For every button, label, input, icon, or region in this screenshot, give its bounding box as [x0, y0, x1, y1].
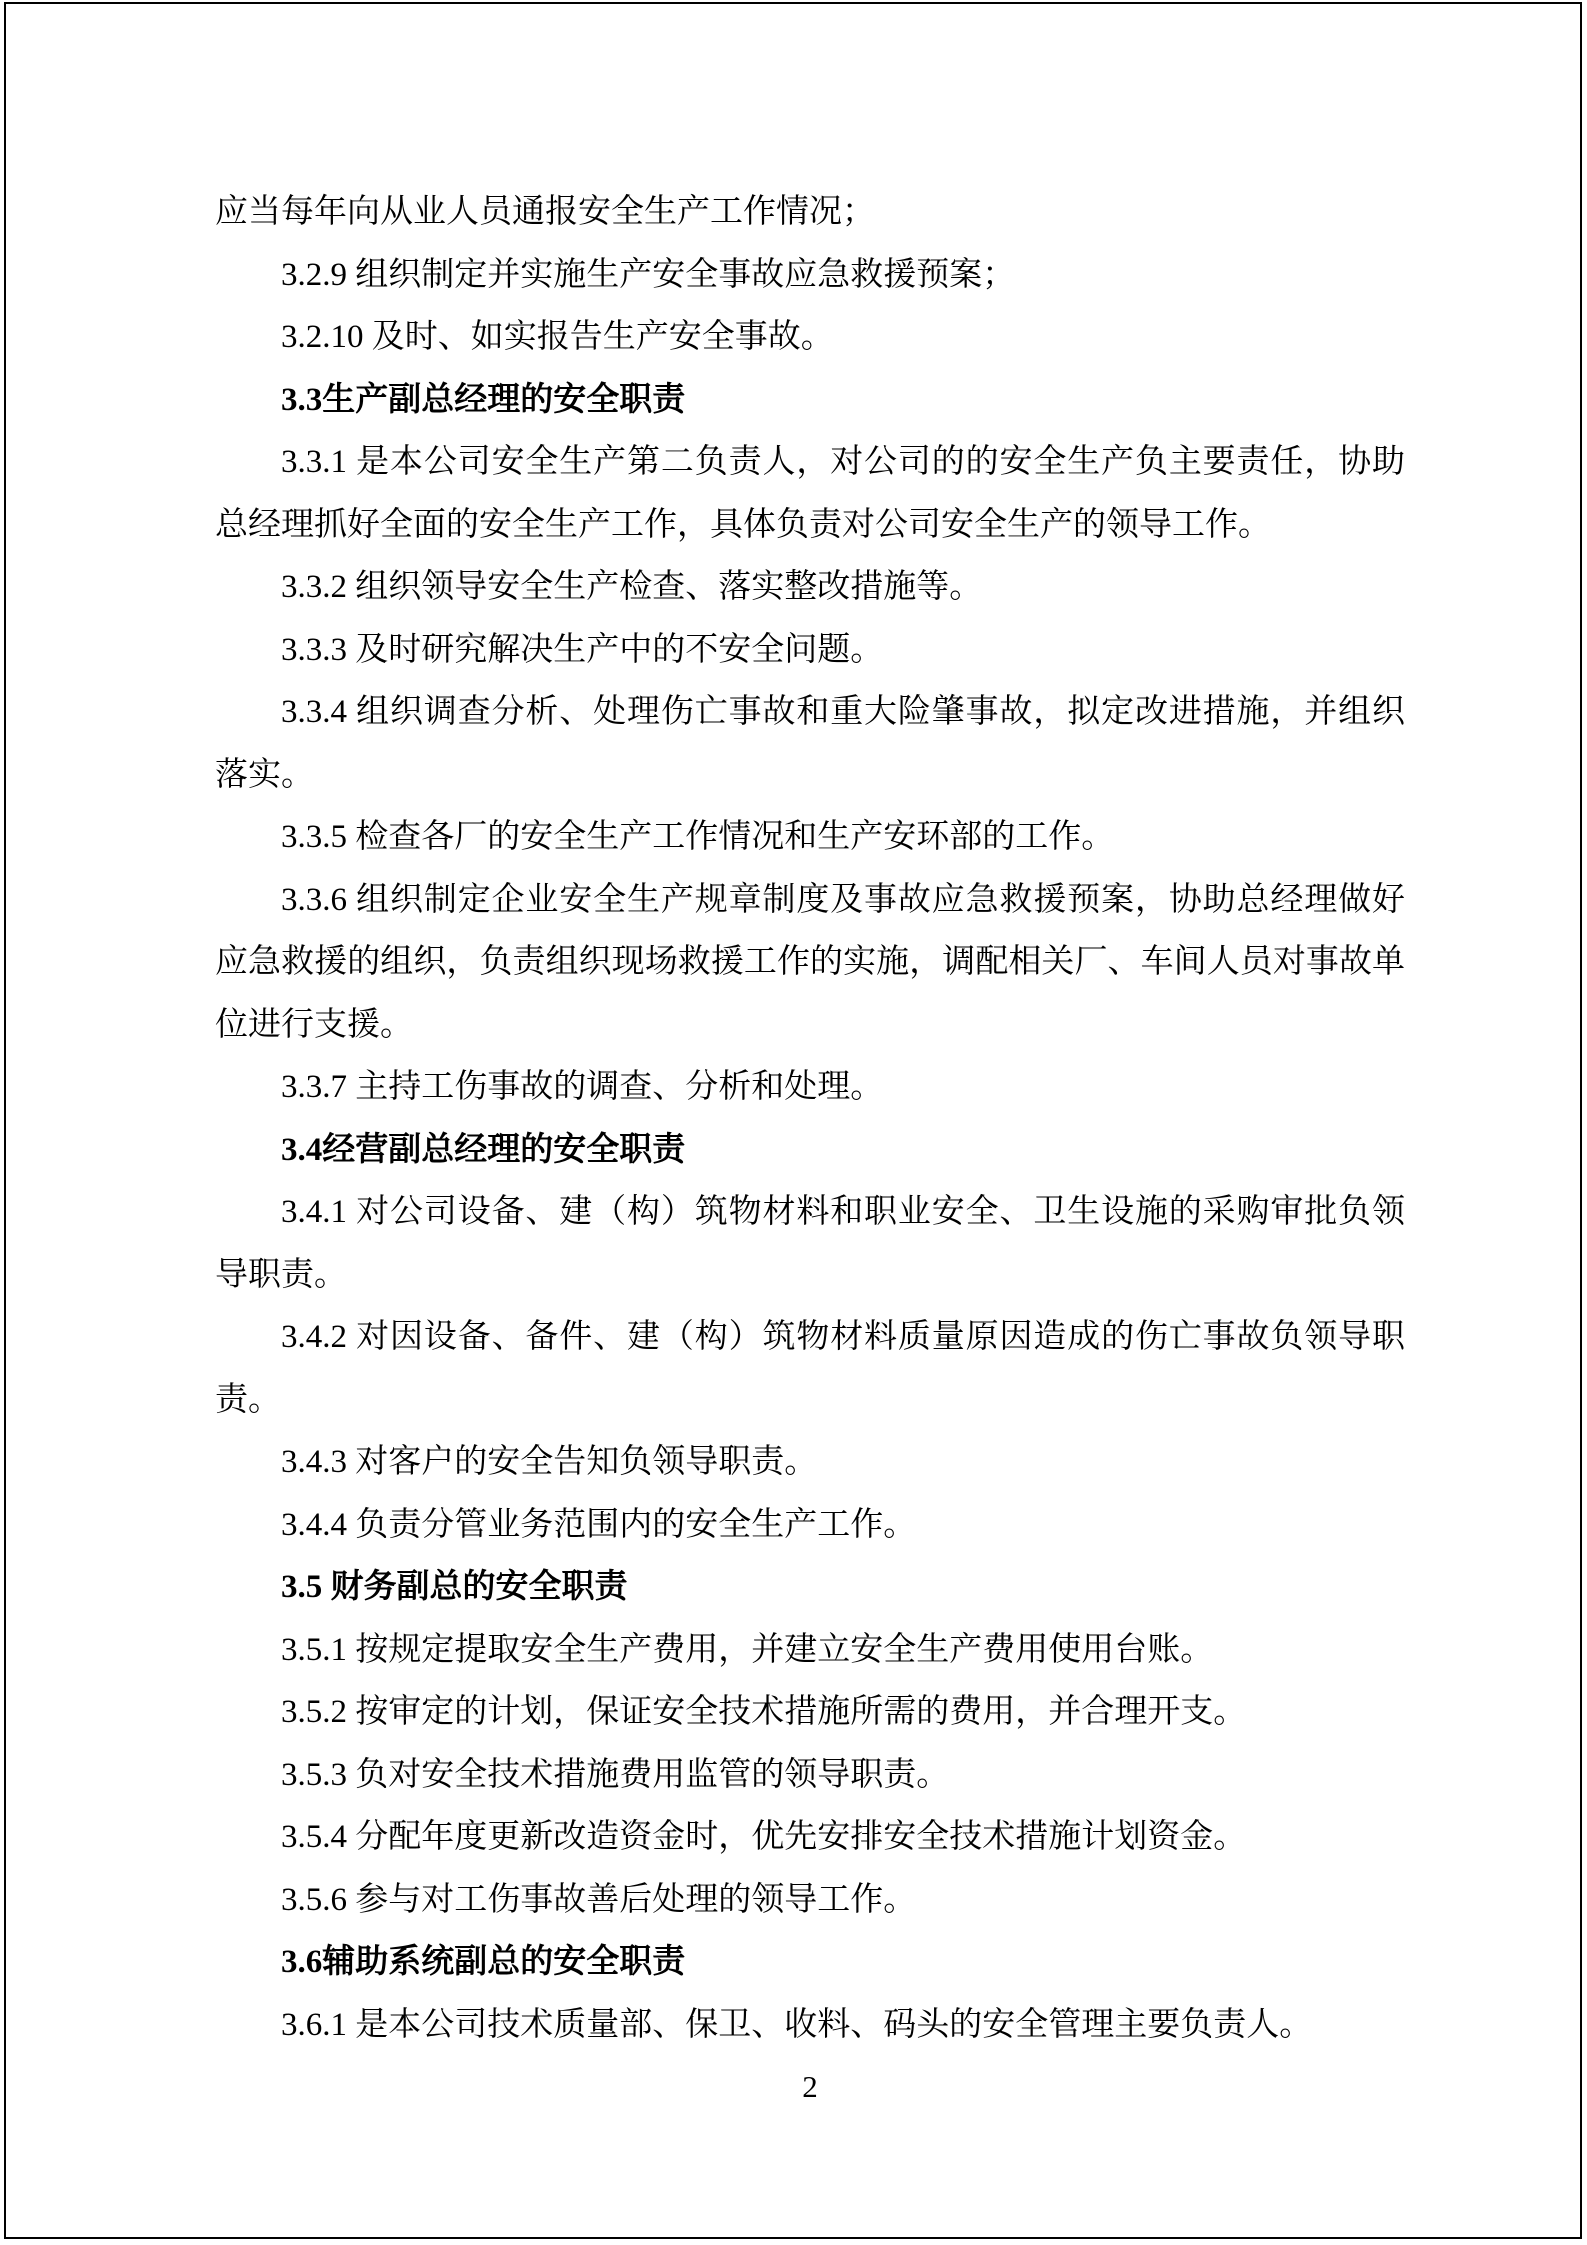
text-line: 3.3.7 主持工伤事故的调查、分析和处理。 — [215, 1056, 1405, 1119]
page-number: 2 — [215, 2056, 1405, 2119]
text-line: 3.2.9 组织制定并实施生产安全事故应急救援预案； — [215, 244, 1405, 307]
text-line: 3.3.3 及时研究解决生产中的不安全问题。 — [215, 619, 1405, 682]
heading-line: 3.6辅助系统副总的安全职责 — [215, 1931, 1405, 1994]
text-line: 3.4.3 对客户的安全告知负领导职责。 — [215, 1431, 1405, 1494]
text-line: 位进行支援。 — [215, 994, 1405, 1057]
text-line: 3.5.2 按审定的计划，保证安全技术措施所需的费用，并合理开支。 — [215, 1681, 1405, 1744]
text-line: 应急救援的组织，负责组织现场救援工作的实施，调配相关厂、车间人员对事故单 — [215, 931, 1405, 994]
heading-line: 3.5 财务副总的安全职责 — [215, 1556, 1405, 1619]
text-line: 3.2.10 及时、如实报告生产安全事故。 — [215, 306, 1405, 369]
text-line: 3.4.2 对因设备、备件、建（构）筑物材料质量原因造成的伤亡事故负领导职 — [215, 1306, 1405, 1369]
document-content: 应当每年向从业人员通报安全生产工作情况；3.2.9 组织制定并实施生产安全事故应… — [215, 181, 1405, 2056]
text-line: 3.3.4 组织调查分析、处理伤亡事故和重大险肇事故，拟定改进措施，并组织 — [215, 681, 1405, 744]
text-line: 3.5.1 按规定提取安全生产费用，并建立安全生产费用使用台账。 — [215, 1619, 1405, 1682]
text-line: 总经理抓好全面的安全生产工作，具体负责对公司安全生产的领导工作。 — [215, 494, 1405, 557]
text-line: 3.5.3 负对安全技术措施费用监管的领导职责。 — [215, 1744, 1405, 1807]
heading-line: 3.3生产副总经理的安全职责 — [215, 369, 1405, 432]
text-line: 落实。 — [215, 744, 1405, 807]
text-line: 3.3.1 是本公司安全生产第二负责人，对公司的的安全生产负主要责任，协助 — [215, 431, 1405, 494]
text-line: 3.3.2 组织领导安全生产检查、落实整改措施等。 — [215, 556, 1405, 619]
text-line: 应当每年向从业人员通报安全生产工作情况； — [215, 181, 1405, 244]
text-line: 3.6.1 是本公司技术质量部、保卫、收料、码头的安全管理主要负责人。 — [215, 1994, 1405, 2057]
text-line: 3.3.6 组织制定企业安全生产规章制度及事故应急救援预案，协助总经理做好 — [215, 869, 1405, 932]
text-line: 导职责。 — [215, 1244, 1405, 1307]
text-line: 3.4.1 对公司设备、建（构）筑物材料和职业安全、卫生设施的采购审批负领 — [215, 1181, 1405, 1244]
document-page: 应当每年向从业人员通报安全生产工作情况；3.2.9 组织制定并实施生产安全事故应… — [0, 0, 1587, 2245]
heading-line: 3.4经营副总经理的安全职责 — [215, 1119, 1405, 1182]
text-line: 3.3.5 检查各厂的安全生产工作情况和生产安环部的工作。 — [215, 806, 1405, 869]
text-line: 3.5.4 分配年度更新改造资金时，优先安排安全技术措施计划资金。 — [215, 1806, 1405, 1869]
text-line: 责。 — [215, 1369, 1405, 1432]
text-line: 3.4.4 负责分管业务范围内的安全生产工作。 — [215, 1494, 1405, 1557]
text-line: 3.5.6 参与对工伤事故善后处理的领导工作。 — [215, 1869, 1405, 1932]
